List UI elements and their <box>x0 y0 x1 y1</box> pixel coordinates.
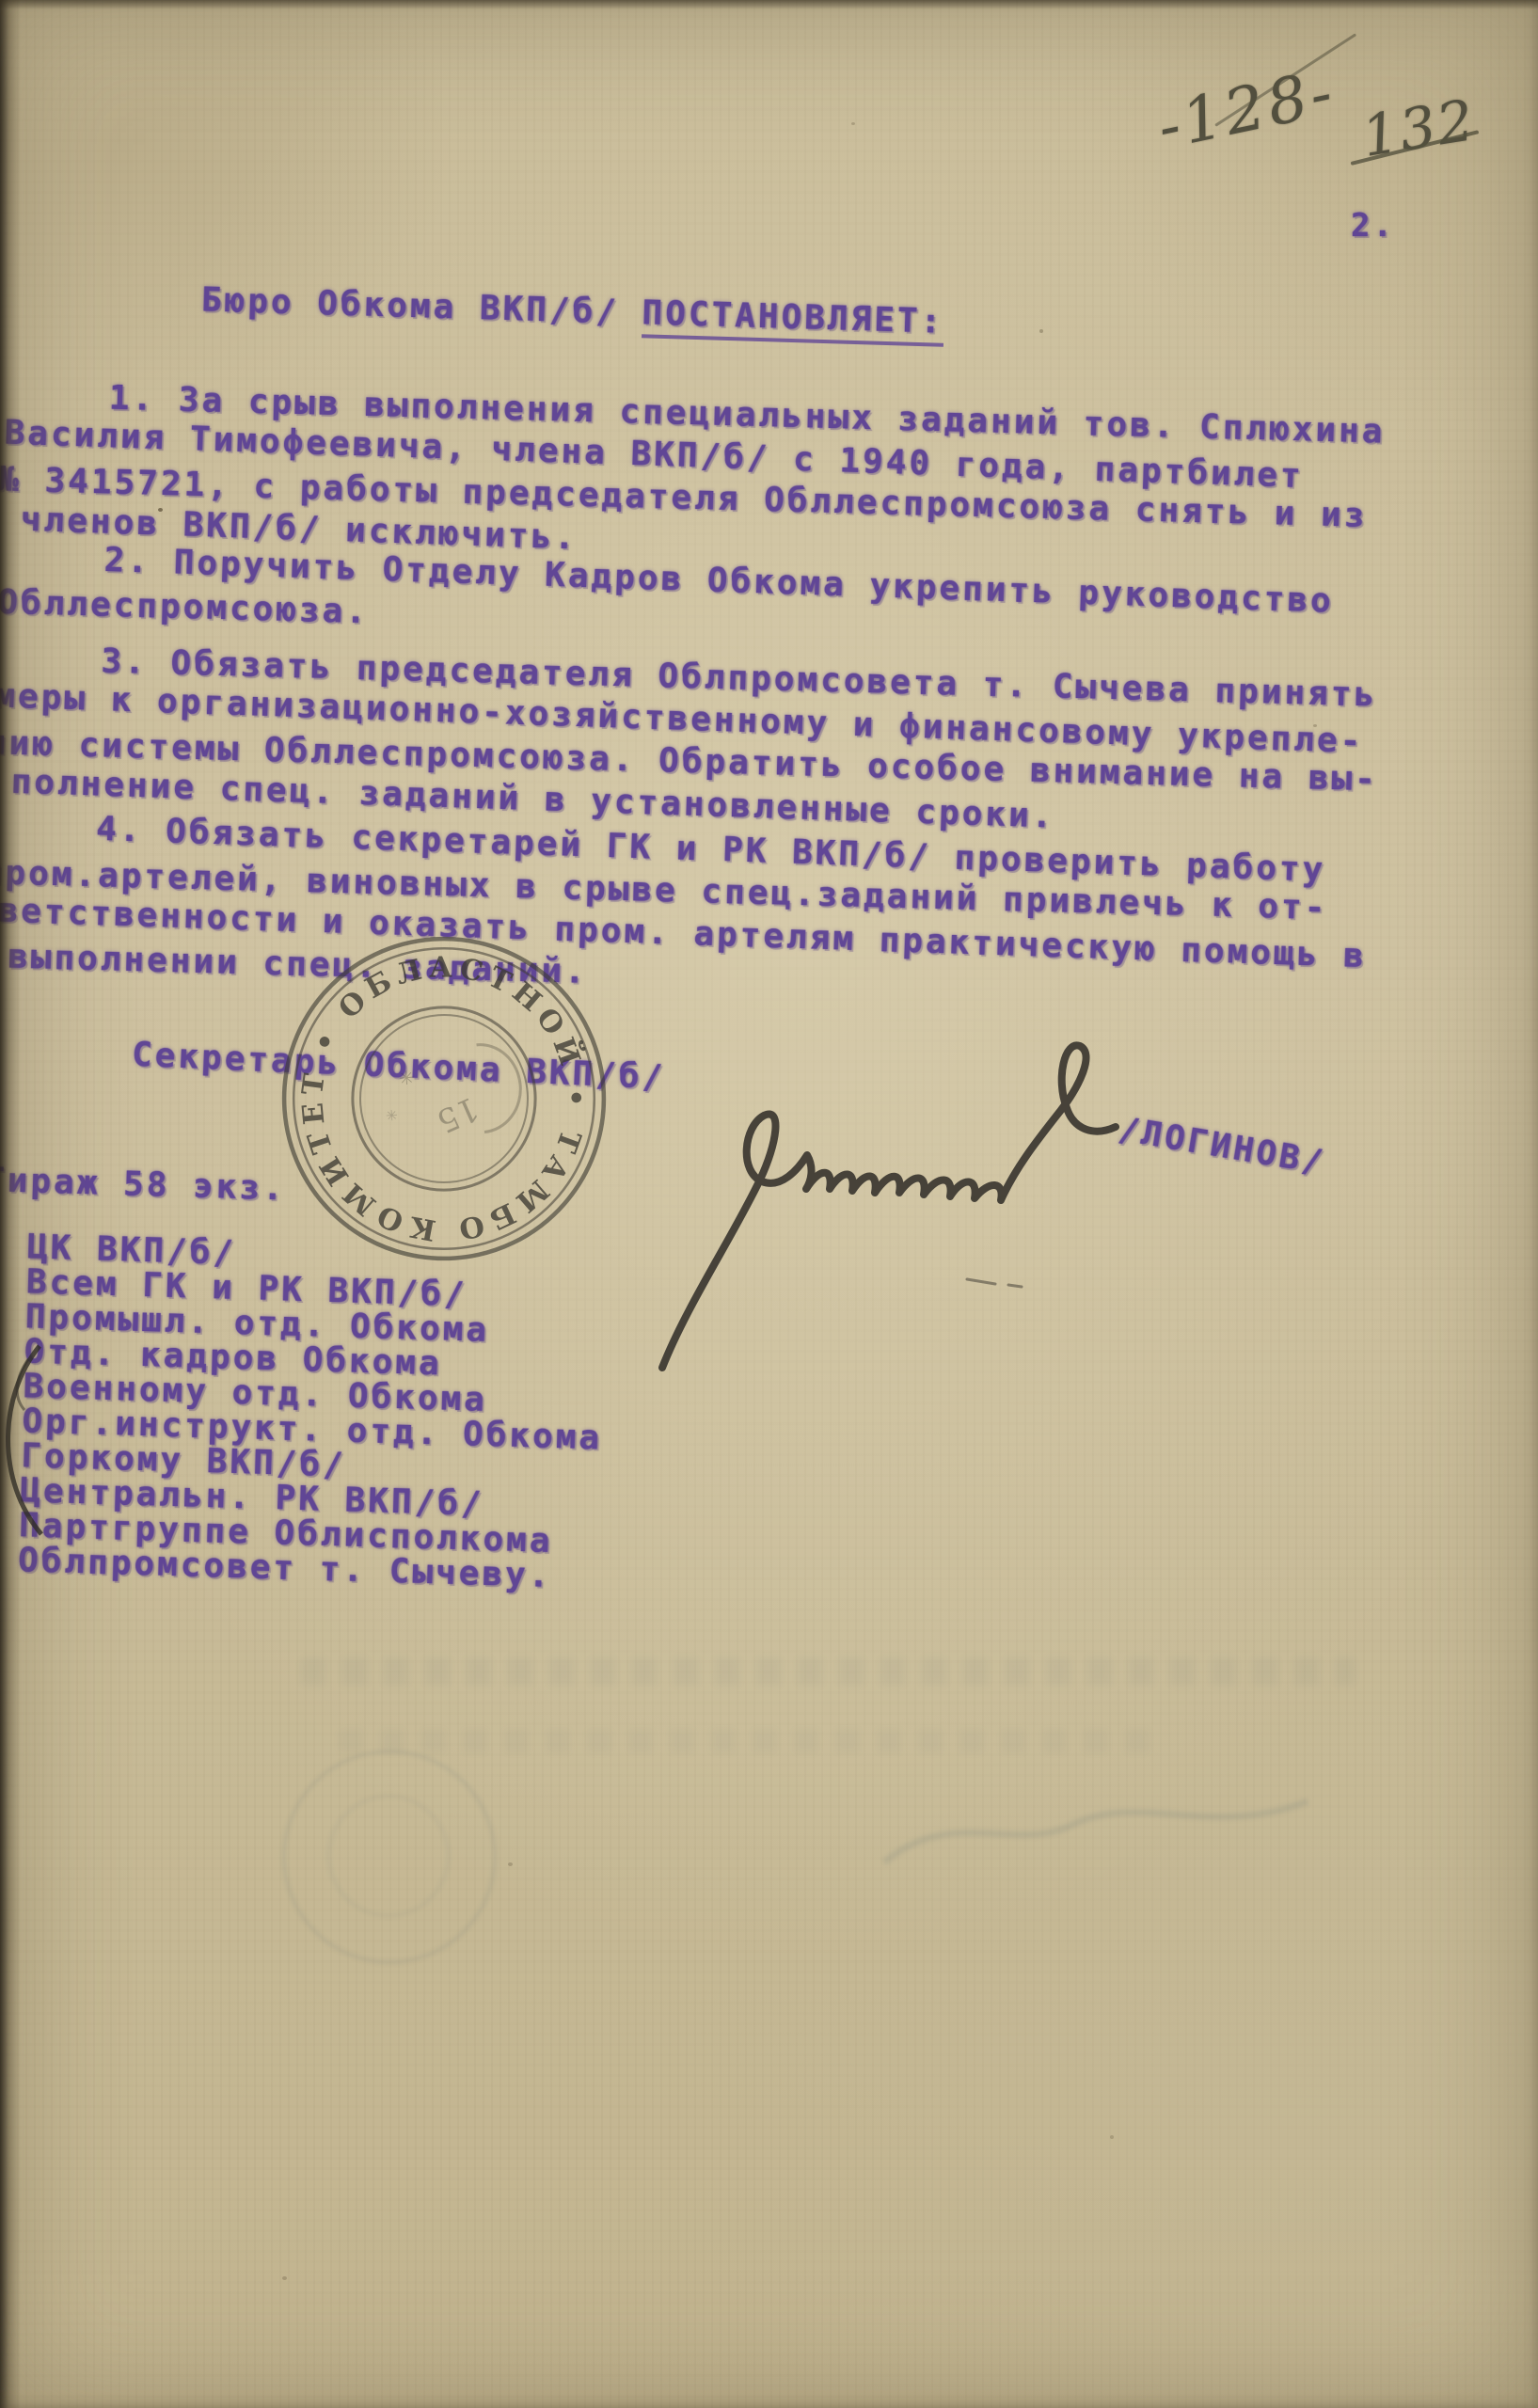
svg-text:✳: ✳ <box>398 1064 415 1093</box>
paper-speck <box>1039 329 1043 333</box>
heading-prefix: Бюро Обкома ВКП/б/ <box>200 280 642 332</box>
bleed-through-text <box>301 1657 1355 1686</box>
handwritten-signature <box>621 995 1185 1400</box>
paper-speck <box>158 508 163 512</box>
official-round-stamp: КОМИТЕТ • ОБЛАСТНОЙ • ТАМБОВСКИЙ • 15 ✳ … <box>275 929 613 1268</box>
bleed-through-text <box>339 1729 1166 1753</box>
typed-text-block: Бюро Обкома ВКП/б/ ПОСТАНОВЛЯЕТ: 1. За с… <box>0 265 1537 1646</box>
heading-resolves-word: ПОСТАНОВЛЯЕТ: <box>642 293 944 346</box>
paper-speck <box>851 122 855 125</box>
document-page: -128- 132 2. Бюро Обкома ВКП/б/ ПОСТАНОВ… <box>0 0 1538 2408</box>
paper-speck <box>508 1862 513 1866</box>
paper-speck <box>1313 724 1317 727</box>
paper-speck <box>282 2276 287 2280</box>
scan-edge-top <box>0 0 1538 9</box>
print-run: Тираж 58 экз. <box>0 1161 286 1208</box>
paper-speck <box>1110 2135 1114 2139</box>
paragraph-2-line: Обллеспромсоюза. <box>0 583 370 631</box>
bleed-through-signature <box>875 1750 1326 1900</box>
binding-mark <box>0 1340 56 1547</box>
typed-page-number: 2. <box>1351 207 1395 245</box>
bleed-through-stamp-inner <box>327 1795 450 1917</box>
stamp-center-mark: 15 <box>431 1088 484 1139</box>
bleed-through-stamp <box>282 1750 497 1964</box>
svg-text:✳: ✳ <box>386 1105 399 1129</box>
document-heading: Бюро Обкома ВКП/б/ ПОСТАНОВЛЯЕТ: <box>200 280 943 341</box>
scan-edge-left <box>0 0 21 2408</box>
pencil-page-number-128: -128- <box>1151 55 1341 164</box>
